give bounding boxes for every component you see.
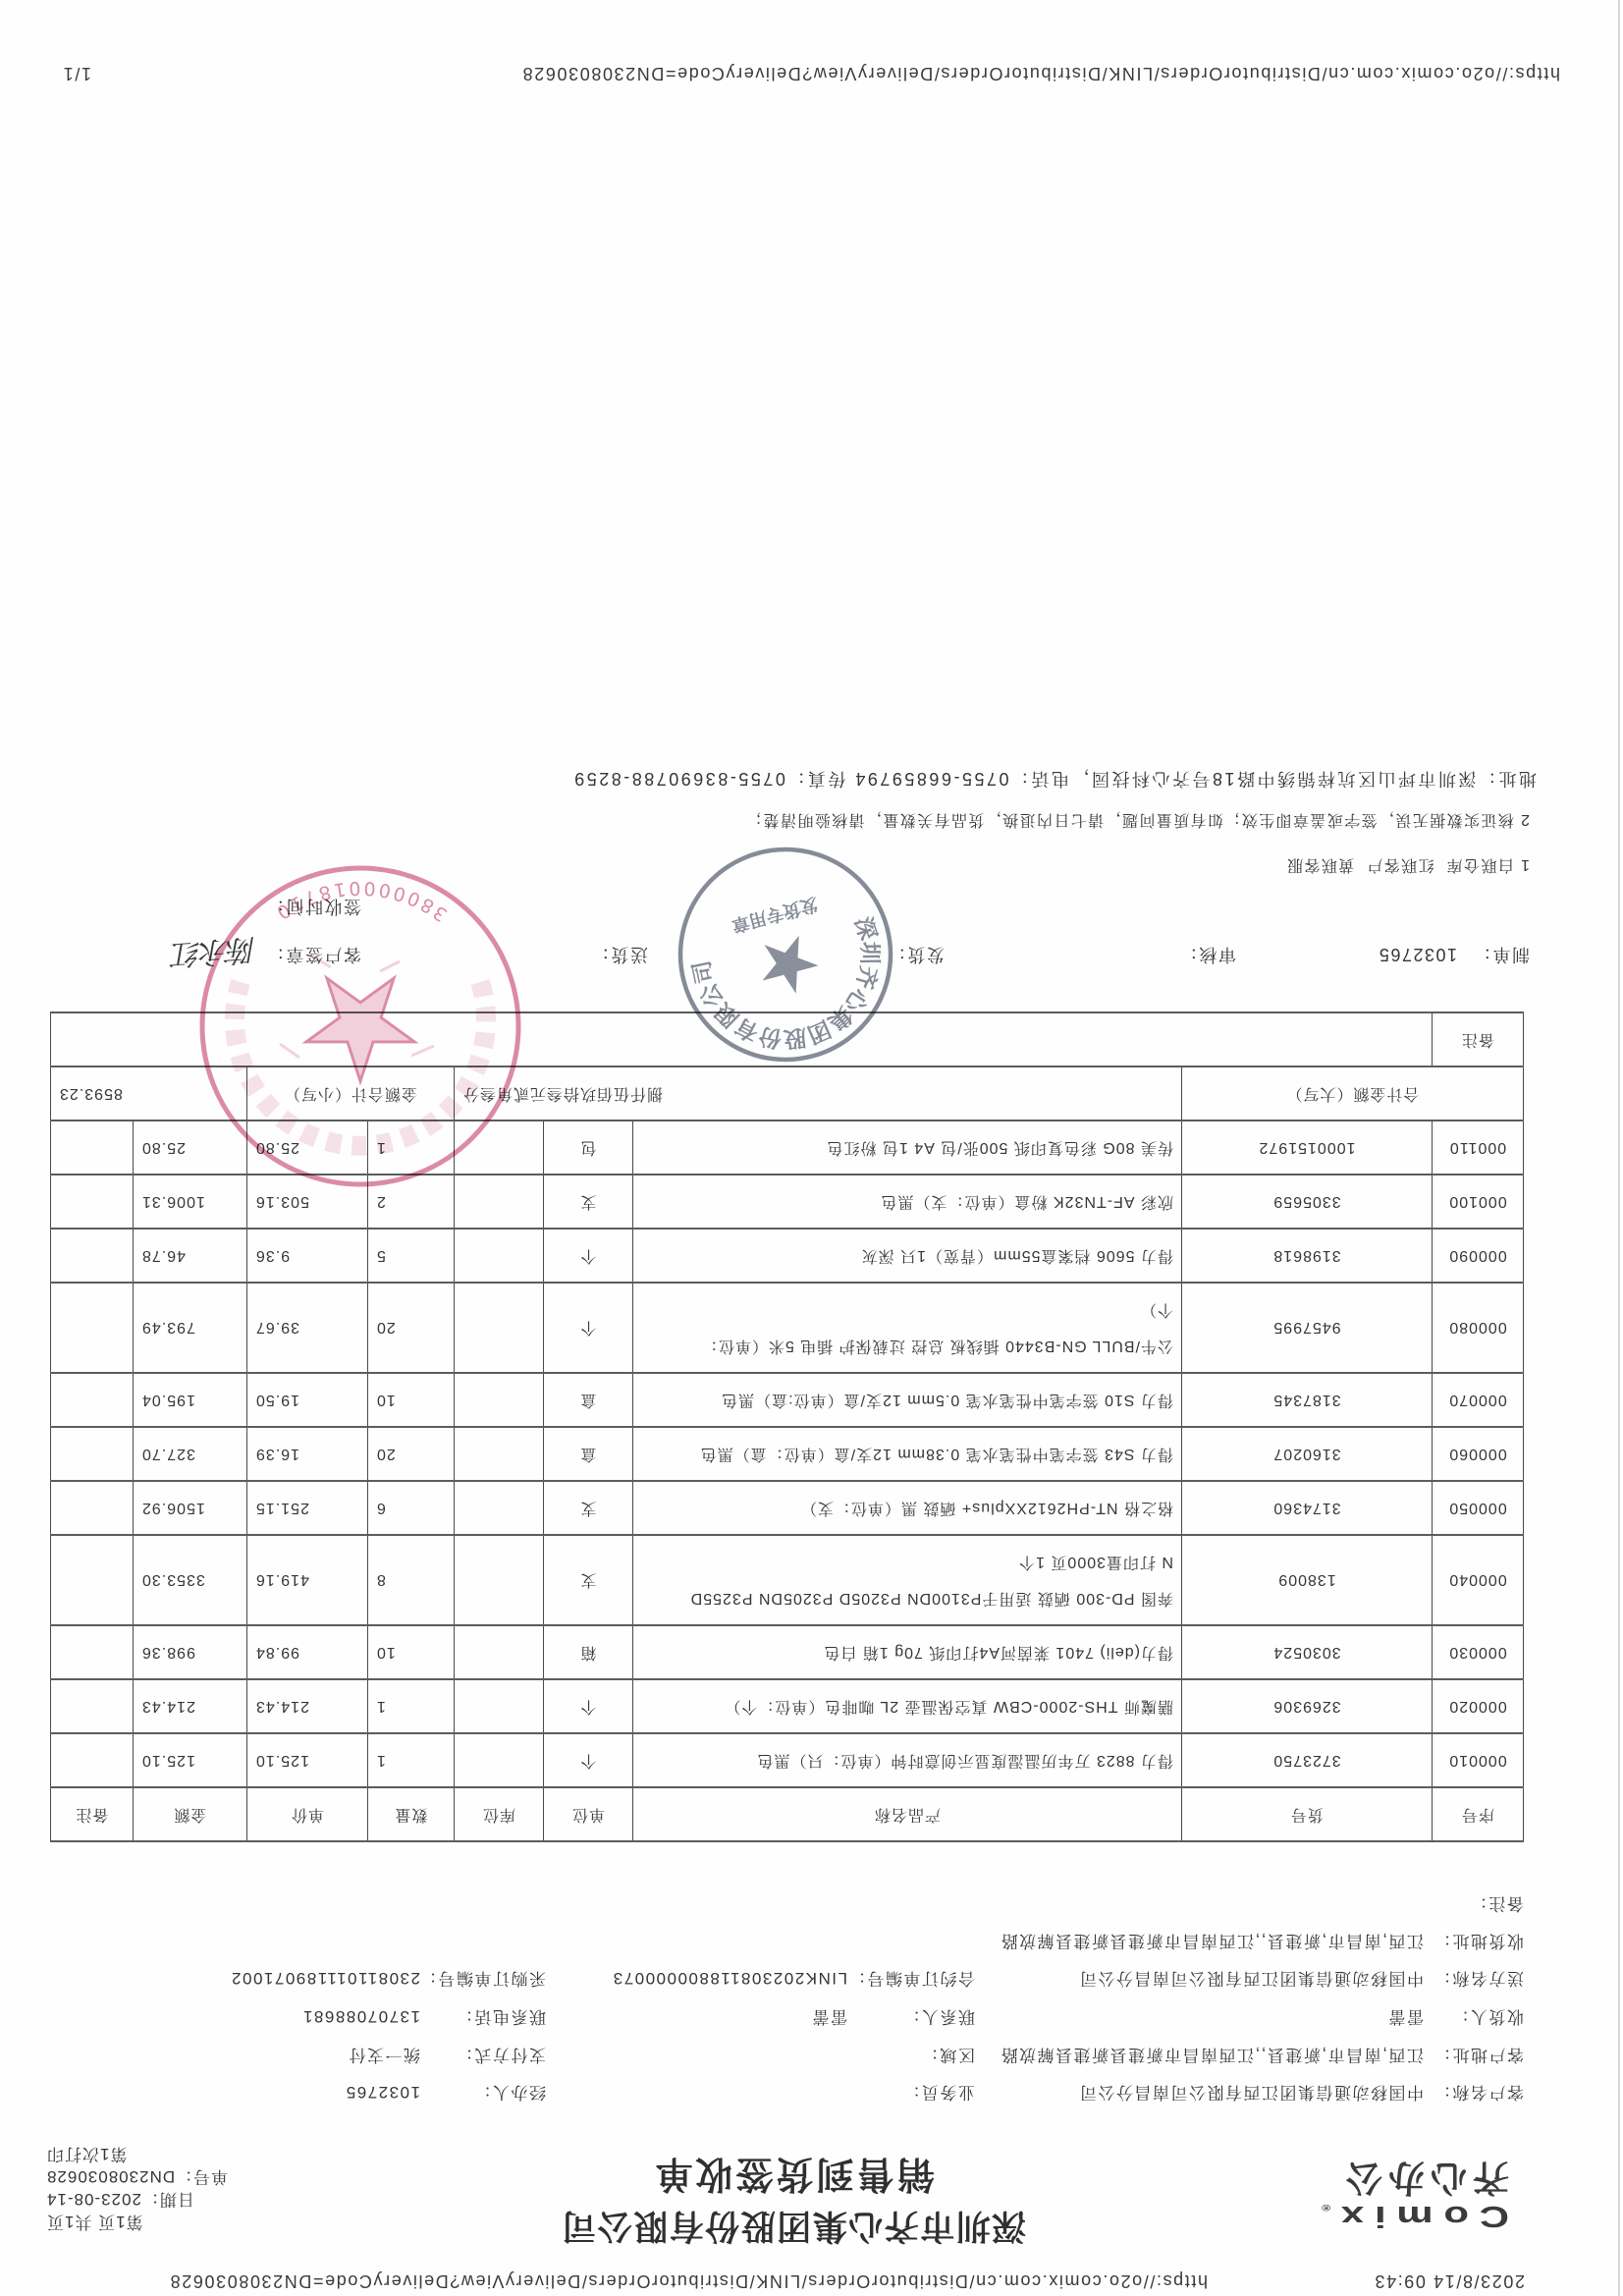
sku-value: 3198618 [1272,1247,1340,1264]
payment-method-label: 支付方式： [456,2045,547,2064]
amount-value: 327.70 [141,1446,195,1462]
print-datetime: 2023/8/14 09:43 [1374,2269,1525,2291]
cell-name: 得力 8823 万年历温湿度显示创意时钟（单位：只）黑色 [633,1733,1182,1787]
cell-name: 得力 5606 档案盒55mm（背宽）1只 深灰 [633,1229,1182,1283]
info-row-remark: 备注： [0,1891,1623,1913]
amount-value: 1006.31 [141,1193,205,1210]
sku-value: 9457995 [1272,1320,1340,1337]
seq-value: 000060 [1448,1446,1506,1462]
column-header-quantity: 数量 [368,1787,455,1841]
qty-value: 8 [376,1572,386,1589]
print-page-number: 1/1 [62,62,91,83]
qty-value: 2 [376,1193,386,1210]
cell-remark [51,1625,134,1679]
cell-amount: 3353.30 [134,1535,247,1625]
price-value: 503.16 [255,1193,309,1210]
cell-qty: 10 [368,1373,455,1427]
cell-sku: 3030524 [1182,1625,1433,1679]
cell-price: 9.36 [247,1229,368,1283]
cell-unit: 个 [544,1229,633,1283]
cell-seq: 000050 [1433,1481,1524,1535]
handler-label: 经办人： [473,2082,546,2102]
table-header-row: 序号 货号 产品名称 单位 库位 数量 单价 金额 备注 [51,1787,1524,1841]
cell-price: 125.10 [247,1733,368,1787]
column-header-unit: 单位 [544,1787,633,1841]
seq-value: 000020 [1448,1698,1506,1715]
cell-unit: 个 [544,1733,633,1787]
cell-amount: 1506.92 [134,1481,247,1535]
cell-price: 214.43 [247,1679,368,1733]
cell-sku: 3198618 [1182,1229,1433,1283]
customer-address-label: 客户地址： [1434,2045,1525,2064]
cell-sku: 3723750 [1182,1733,1433,1787]
customer-seal-stamp: 380000018710 [193,859,527,1193]
qty-value: 6 [376,1500,386,1516]
sku-value: 3723750 [1272,1752,1340,1769]
seq-value: 000040 [1448,1572,1506,1589]
customer-address-value: 江西,南昌市,新建县,,江西南昌市新建县新建县解放路 [1000,2045,1424,2064]
table-row: 0000103723750得力 8823 万年历温湿度显示创意时钟（单位：只）黑… [51,1733,1524,1787]
table-row: 0000603160207得力 S43 签字笔中性笔水笔 0.38mm 12支/… [51,1427,1524,1481]
amount-value: 998.36 [141,1644,195,1661]
sku-value: 3174360 [1272,1500,1340,1516]
cell-name: 得力 S43 签字笔中性笔水笔 0.38mm 12支/盒（单位：盒）黑色 [633,1427,1182,1481]
cell-qty: 8 [368,1535,455,1625]
handler-value: 1032765 [345,2082,420,2102]
amount-value: 214.43 [141,1698,195,1715]
cell-sku: 1000151972 [1182,1121,1433,1175]
amount-value: 46.78 [141,1247,186,1264]
contract-order-value: LINK202308118800000073 [612,1968,847,1988]
cell-unit: 盒 [544,1427,633,1481]
cell-location [455,1733,544,1787]
product-name-line: 得力 S43 签字笔中性笔水笔 0.38mm 12支/盒（单位：盒）黑色 [700,1446,1173,1462]
cell-unit: 盒 [544,1373,633,1427]
seq-value: 000100 [1448,1193,1506,1210]
info-row-delivery-address: 收货地址： 江西,南昌市,新建县,,江西南昌市新建县新建县解放路 [0,1929,1623,1950]
product-name-line: 膳魔师 THS-2000-CBW 真空保温壶 2L 咖啡色（单位：个） [724,1698,1173,1715]
cell-unit: 箱 [544,1625,633,1679]
product-name-line: 奔图 PD-300 硒鼓 适用于P3100DN P3205D P3205DN P… [690,1590,1173,1607]
cell-price: 16.39 [247,1427,368,1481]
qty-value: 10 [376,1392,396,1408]
cell-name: 得力(deli) 7401 莱茵河A4打印纸 70g 1箱 白色 [633,1625,1182,1679]
price-value: 16.39 [255,1446,299,1462]
seq-value: 000110 [1449,1139,1506,1156]
company-address: 地址：深圳市坪山区坑梓锦绣中路18号齐心科技园，电话：0755-66859794… [572,767,1537,789]
sender-name-value: 中国移动通信集团江西有限公司南昌分公司 [1079,1968,1425,1988]
cell-amount: 46.78 [134,1229,247,1283]
items-body: 0000103723750得力 8823 万年历温湿度显示创意时钟（单位：只）黑… [51,1121,1524,1787]
cell-price: 419.16 [247,1535,368,1625]
cell-amount: 998.36 [134,1625,247,1679]
cell-qty: 6 [368,1481,455,1535]
column-header-sku: 货号 [1182,1787,1433,1841]
cell-seq: 000110 [1433,1121,1524,1175]
cell-unit: 支 [544,1535,633,1625]
cell-amount: 195.04 [134,1373,247,1427]
cell-remark [51,1283,134,1373]
cell-remark [51,1229,134,1283]
reviewer-label: 审核： [1179,943,1237,964]
sku-value: 3187345 [1272,1392,1340,1408]
star-icon [306,978,414,1081]
cell-location [455,1283,544,1373]
cell-seq: 000090 [1433,1229,1524,1283]
table-row: 0000809457995公牛/BULL GN-B3440 插线板 总控 过载保… [51,1283,1524,1373]
unit-value: 个 [580,1698,597,1715]
product-name-line: 格之格 NT-PH2612XXplus+ 硒鼓 黑（单位：支） [800,1500,1173,1516]
cell-seq: 000070 [1433,1373,1524,1427]
cell-seq: 000040 [1433,1535,1524,1625]
seq-value: 000070 [1448,1392,1506,1408]
seal-ring-text: 深圳齐心集团股份有限公司 [688,913,904,1072]
cell-price: 19.50 [247,1373,368,1427]
document-date: 日期：2023-08-14 [46,2189,194,2209]
total-upper-value: 捌仟伍佰玖拾叁元贰角叁分 [455,1066,1182,1121]
cell-sku: 9457995 [1182,1283,1433,1373]
product-name-line: 得力 5606 档案盒55mm（背宽）1只 深灰 [861,1247,1173,1264]
sku-value: 3160207 [1272,1446,1340,1462]
sku-value: 138009 [1277,1572,1335,1589]
price-value: 39.67 [255,1320,299,1337]
unit-value: 支 [580,1193,597,1210]
amount-value: 793.49 [141,1320,195,1337]
unit-value: 支 [580,1500,597,1516]
print-footer-url: https://o2o.comix.com.cn/DistributorOrde… [521,62,1560,83]
cell-name: 膳魔师 THS-2000-CBW 真空保温壶 2L 咖啡色（单位：个） [633,1679,1182,1733]
delivery-address-label: 收货地址： [1434,1931,1525,1950]
remark-label: 备注： [1470,1893,1525,1913]
sender-name-label: 送方名称： [1434,1968,1525,1988]
cell-location [455,1679,544,1733]
purchase-order-label: 采购订单编号： [419,1968,547,1988]
cell-name: 格之格 NT-PH2612XXplus+ 硒鼓 黑（单位：支） [633,1481,1182,1535]
cell-remark [51,1733,134,1787]
product-name-line: 公牛/BULL GN-B3440 插线板 总控 过载保护 插电 5米（单位： [701,1338,1173,1354]
price-value: 9.36 [255,1247,290,1264]
price-value: 19.50 [255,1392,299,1408]
info-row-customer: 客户名称： 中国移动通信集团江西有限公司南昌分公司 业务员： 经办人： 1032… [0,2080,1623,2102]
cell-amount: 125.10 [134,1733,247,1787]
maker-label: 制单： [1473,943,1531,964]
document-page: 2023/8/14 09:43 https://o2o.comix.com.cn… [0,0,1623,2296]
cell-name: 欣彩 AF-TN32K 粉盒（单位：支）黑色 [633,1175,1182,1229]
cell-location [455,1625,544,1679]
cell-seq: 000080 [1433,1283,1524,1373]
receiver-label: 收货人： [1451,2006,1524,2026]
cell-remark [51,1175,134,1229]
cell-qty: 1 [368,1733,455,1787]
customer-name-value: 中国移动通信集团江西有限公司南昌分公司 [1079,2082,1425,2102]
cell-seq: 000060 [1433,1427,1524,1481]
amount-value: 3353.30 [141,1572,205,1589]
qty-value: 5 [376,1247,386,1264]
sku-value: 1000151972 [1259,1139,1356,1156]
cell-remark [51,1535,134,1625]
cell-qty: 20 [368,1427,455,1481]
product-name-line: N 打印量3000页 1个 [1018,1554,1173,1570]
column-header-seq: 序号 [1433,1787,1524,1841]
company-title: 深圳市齐心集团股份有限公司 [57,2205,1530,2246]
qty-value: 20 [376,1320,396,1337]
unit-value: 支 [580,1572,597,1589]
document-title: 销售到货签收单 [57,2150,1530,2195]
price-value: 419.16 [255,1572,309,1589]
cell-remark [51,1679,134,1733]
copy-distribution-note: 1 白联仓库 红联客户 黄联客服 [1286,855,1530,874]
unit-value: 盒 [580,1392,597,1408]
sku-value: 3305659 [1272,1193,1340,1210]
unit-value: 个 [580,1320,597,1337]
unit-value: 个 [580,1247,597,1264]
print-header-url: https://o2o.comix.com.cn/DistributorOrde… [169,2269,1208,2291]
cell-name: 得力 S10 签字笔中性笔水笔 0.5mm 12支/盒（单位:盒）黑色 [633,1373,1182,1427]
cell-unit: 个 [544,1283,633,1373]
unit-value: 包 [580,1139,597,1156]
payment-method-value: 统一支付 [348,2045,420,2064]
deliverer-label: 送货： [591,943,649,964]
cell-remark [51,1373,134,1427]
amount-value: 125.10 [141,1752,195,1769]
region-label: 区域： [921,2045,976,2064]
cell-price: 39.67 [247,1283,368,1373]
cell-sku: 3174360 [1182,1481,1433,1535]
product-name-line: 得力 8823 万年历温湿度显示创意时钟（单位：只）黑色 [757,1752,1174,1769]
page-info: 第1页 共1页 [46,2212,143,2231]
price-value: 99.84 [255,1644,299,1661]
table-row: 000040138009奔图 PD-300 硒鼓 适用于P3100DN P320… [51,1535,1524,1625]
seal-center-text: 发货专用章 [730,893,822,937]
svg-text:深圳齐心集团股份有限公司: 深圳齐心集团股份有限公司 [688,913,904,1072]
seq-value: 000090 [1448,1247,1506,1264]
table-row: 0000503174360格之格 NT-PH2612XXplus+ 硒鼓 黑（单… [51,1481,1524,1535]
cell-price: 251.15 [247,1481,368,1535]
table-row: 0000703187345得力 S10 签字笔中性笔水笔 0.5mm 12支/盒… [51,1373,1524,1427]
scan-edge-line [1618,0,1620,2296]
cell-seq: 000010 [1433,1733,1524,1787]
cell-amount: 327.70 [134,1427,247,1481]
amount-value: 25.80 [141,1139,186,1156]
phone-label: 联系电话： [456,2006,547,2026]
cell-seq: 000100 [1433,1175,1524,1229]
cell-sku: 138009 [1182,1535,1433,1625]
cell-unit: 包 [544,1121,633,1175]
sku-value: 3030524 [1272,1644,1340,1661]
cell-qty: 20 [368,1283,455,1373]
order-number: 单号：DN2308030628 [46,2166,228,2186]
product-name-line: 传美 80G 彩色复印纸 500张/包 A4 1包 粉红色 [826,1139,1173,1156]
cell-location [455,1535,544,1625]
cell-name: 奔图 PD-300 硒鼓 适用于P3100DN P3205D P3205DN P… [633,1535,1182,1625]
cell-location [455,1427,544,1481]
table-row: 0000903198618得力 5606 档案盒55mm（背宽）1只 深灰个59… [51,1229,1524,1283]
customer-name-label: 客户名称： [1434,2082,1525,2102]
cell-unit: 个 [544,1679,633,1733]
cell-price: 99.84 [247,1625,368,1679]
product-name-line: 得力(deli) 7401 莱茵河A4打印纸 70g 1箱 白色 [823,1644,1173,1661]
purchase-order-value: 230811011189071002 [231,1968,420,1988]
column-header-remark: 备注 [51,1787,134,1841]
cell-seq: 000020 [1433,1679,1524,1733]
cell-amount: 214.43 [134,1679,247,1733]
contact-label: 联系人： [902,2006,975,2026]
price-value: 125.10 [255,1752,309,1769]
qty-value: 1 [376,1698,386,1715]
product-name-line: 欣彩 AF-TN32K 粉盒（单位：支）黑色 [881,1193,1173,1210]
total-upper-label: 合计金额（大写） [1182,1066,1524,1121]
info-row-orders: 送方名称： 中国移动通信集团江西有限公司南昌分公司 合约订单编号： LINK20… [0,1966,1623,1988]
qty-value: 10 [376,1644,396,1661]
table-remark-label: 备注 [1433,1012,1524,1066]
unit-value: 盒 [580,1446,597,1462]
cell-amount: 793.49 [134,1283,247,1373]
cell-seq: 000030 [1433,1625,1524,1679]
column-header-location: 库位 [455,1787,544,1841]
column-header-product-name: 产品名称 [633,1787,1182,1841]
cell-location [455,1481,544,1535]
seq-value: 000050 [1448,1500,1506,1516]
cell-qty: 1 [368,1679,455,1733]
contact-value: 雷蕾 [811,2006,847,2026]
cell-location [455,1229,544,1283]
qty-value: 20 [376,1446,396,1462]
phone-value: 13707088681 [301,2006,420,2026]
cell-sku: 3187345 [1182,1373,1433,1427]
contract-order-label: 合约订单编号： [848,1968,976,1988]
price-value: 214.43 [255,1698,309,1715]
cell-qty: 10 [368,1625,455,1679]
table-row: 0000303030524得力(deli) 7401 莱茵河A4打印纸 70g … [51,1625,1524,1679]
seq-value: 000030 [1448,1644,1506,1661]
unit-value: 箱 [580,1644,597,1661]
cell-sku: 3305659 [1182,1175,1433,1229]
delivery-address-value: 江西,南昌市,新建县,,江西南昌市新建县新建县解放路 [1000,1931,1424,1950]
amount-value: 1506.92 [141,1500,205,1516]
cell-remark [51,1481,134,1535]
info-row-contact: 收货人： 雷蕾 联系人： 雷蕾 联系电话： 13707088681 [0,2004,1623,2026]
salesperson-label: 业务员： [902,2082,975,2102]
print-count: 第1次打印 [46,2144,127,2163]
cell-remark [51,1427,134,1481]
receiver-value: 雷蕾 [1387,2006,1424,2026]
maker-value: 1032765 [1378,943,1457,964]
product-name-line: 得力 S10 签字笔中性笔水笔 0.5mm 12支/盒（单位:盒）黑色 [721,1392,1173,1408]
cell-location [455,1373,544,1427]
cell-qty: 5 [368,1229,455,1283]
amount-value: 195.04 [141,1392,195,1408]
cell-unit: 支 [544,1481,633,1535]
info-row-address: 客户地址： 江西,南昌市,新建县,,江西南昌市新建县新建县解放路 区域： 支付方… [0,2043,1623,2064]
price-value: 251.15 [255,1500,309,1516]
qty-value: 1 [376,1752,386,1769]
cell-name: 传美 80G 彩色复印纸 500张/包 A4 1包 粉红色 [633,1121,1182,1175]
cell-remark [51,1121,134,1175]
cell-sku: 3269306 [1182,1679,1433,1733]
star-icon [754,933,824,1001]
table-row: 0000203269306膳魔师 THS-2000-CBW 真空保温壶 2L 咖… [51,1679,1524,1733]
column-header-amount: 金额 [134,1787,247,1841]
cell-name: 公牛/BULL GN-B3440 插线板 总控 过载保护 插电 5米（单位：个） [633,1283,1182,1373]
unit-value: 个 [580,1752,597,1769]
cell-unit: 支 [544,1175,633,1229]
cell-sku: 3160207 [1182,1427,1433,1481]
seq-value: 000080 [1448,1320,1506,1337]
product-name-line: 个） [1140,1301,1173,1318]
sku-value: 3269306 [1272,1698,1340,1715]
column-header-unit-price: 单价 [247,1787,368,1841]
seq-value: 000010 [1448,1752,1506,1769]
